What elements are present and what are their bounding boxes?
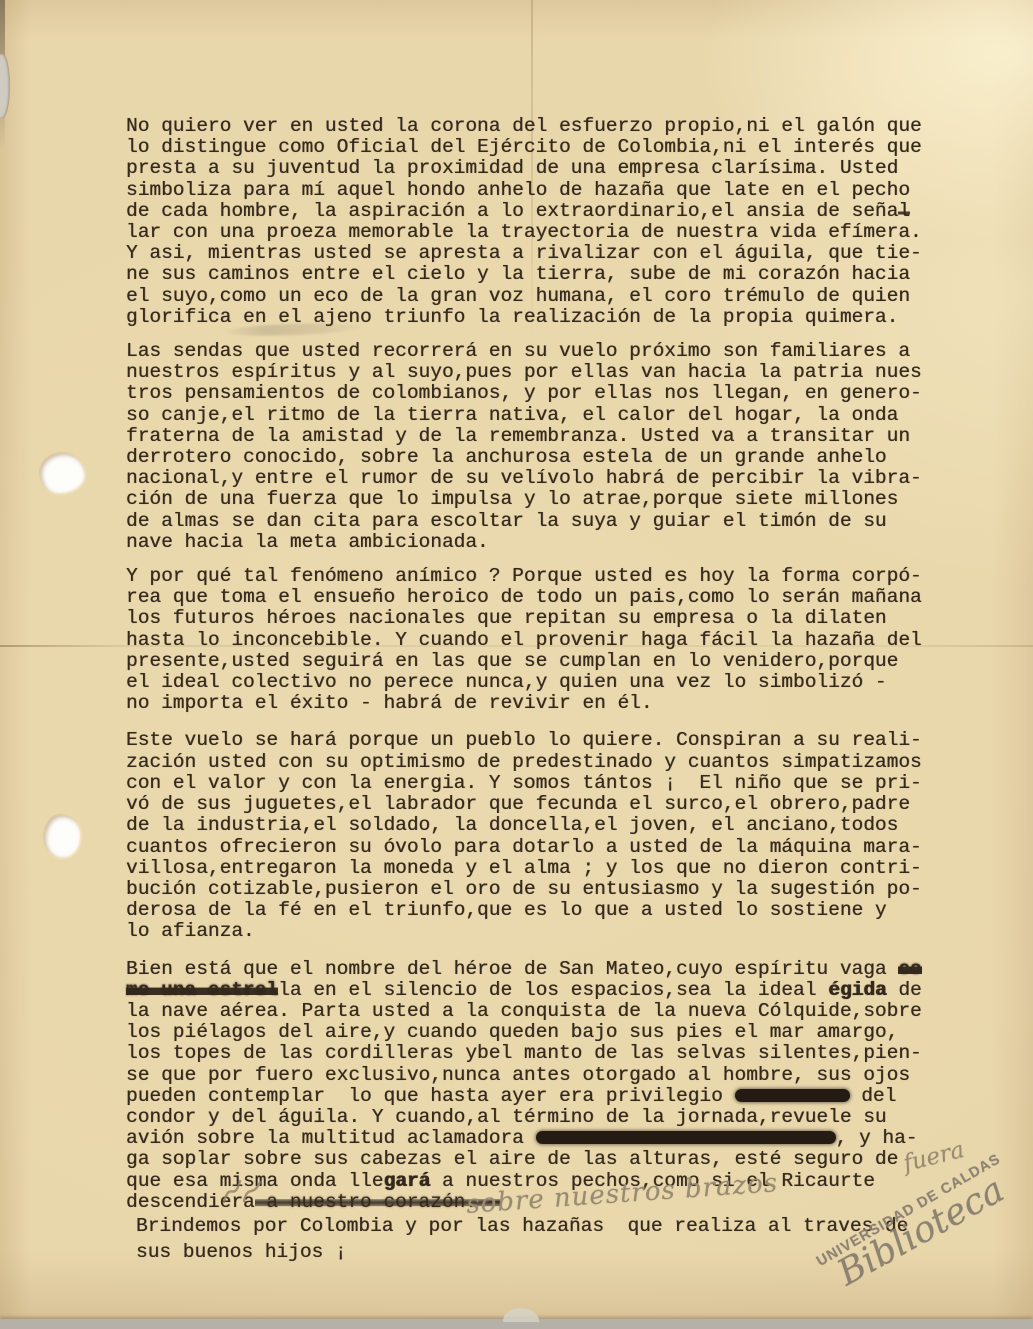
text-line: bución cotizable,pusieron el oro de su e… xyxy=(126,879,966,900)
text-segment: lo distingue como Oficial del Ejército d… xyxy=(126,136,922,158)
text-line: derrotero conocido, sobre la anchurosa e… xyxy=(126,447,966,468)
text-segment: el ideal colectivo no perece nunca,y qui… xyxy=(126,671,887,693)
paragraph: Bien está que el nombre del héroe de San… xyxy=(126,959,966,1213)
text-segment: Las sendas que usted recorrerá en su vue… xyxy=(126,340,910,362)
text-line: de cada hombre, la aspiración a lo extra… xyxy=(126,201,966,222)
text-segment: Este vuelo se hará porque un pueblo lo q… xyxy=(126,729,922,751)
text-segment: Y asi, mientras usted se apresta a rival… xyxy=(126,242,922,264)
text-segment: gará xyxy=(383,1170,430,1192)
text-segment: presta a su juventud la proximidad de un… xyxy=(126,157,898,179)
text-segment: ga soplar sobre sus cabezas el aire de l… xyxy=(126,1148,898,1170)
text-segment: lar con una proeza memorable la trayecto… xyxy=(126,221,922,243)
text-segment: rea que toma el ensueño heroico de todo … xyxy=(126,586,922,608)
text-line: los topes de las cordilleras ybel manto … xyxy=(126,1043,966,1064)
text-line: Y por qué tal fenómeno anímico ? Porque … xyxy=(126,566,966,587)
text-segment: , y ha- xyxy=(836,1127,918,1149)
text-line: los futuros héroes nacionales que repita… xyxy=(126,608,966,629)
text-line: Las sendas que usted recorrerá en su vue… xyxy=(126,341,966,362)
text-segment: de cada hombre, la aspiración a lo extra… xyxy=(126,200,898,222)
text-segment: glorifica en el ajeno triunfo la realiza… xyxy=(126,306,898,328)
text-line: nuestros espíritus y al suyo,pues por el… xyxy=(126,362,966,383)
text-line: so canje,el ritmo de la tierra nativa, e… xyxy=(126,405,966,426)
text-segment: nuestros espíritus y al suyo,pues por el… xyxy=(126,361,922,383)
text-segment: con el valor y con la energia. Y somos t… xyxy=(126,772,922,794)
redaction-bar xyxy=(735,1089,850,1102)
text-segment: Y por qué tal fenómeno anímico ? Porque … xyxy=(126,565,922,587)
text-segment: de almas se dan cita para escoltar la su… xyxy=(126,510,887,532)
text-segment: zación usted con su optimismo de predest… xyxy=(126,751,922,773)
text-segment: de la industria,el soldado, la doncella,… xyxy=(126,814,898,836)
text-line: el ideal colectivo no perece nunca,y qui… xyxy=(126,672,966,693)
text-segment: cuantos ofrecieron su óvolo para dotarlo… xyxy=(126,836,922,858)
text-segment: derosa de la fé en el triunfo,que es lo … xyxy=(126,899,887,921)
text-line: presente,usted seguirá en las que se cum… xyxy=(126,651,966,672)
text-segment: fraterna de la amistad y de la remembran… xyxy=(126,425,910,447)
text-line: simboliza para mí aquel hondo anhelo de … xyxy=(126,180,966,201)
text-line: Y asi, mientras usted se apresta a rival… xyxy=(126,243,966,264)
letter-page: No quiero ver en usted la corona del esf… xyxy=(0,0,1033,1329)
text-line: rea que toma el ensueño heroico de todo … xyxy=(126,587,966,608)
text-segment: nave hacia la meta ambicionada. xyxy=(126,531,489,553)
text-line: los piélagos del aire,y cuando queden ba… xyxy=(126,1022,966,1043)
text-segment: Bien está que el nombre del héroe de San… xyxy=(126,958,898,980)
text-line: nacional,y entre el rumor de su velívolo… xyxy=(126,468,966,489)
paragraph: Este vuelo se hará porque un pueblo lo q… xyxy=(126,730,966,942)
text-line: villosa,entregaron la moneda y el alma ;… xyxy=(126,858,966,879)
text-line: de almas se dan cita para escoltar la su… xyxy=(126,511,966,532)
punch-hole-bottom xyxy=(44,815,80,857)
text-segment: ción de una fuerza que lo impulsa y lo a… xyxy=(126,488,898,510)
text-segment: presente,usted seguirá en las que se cum… xyxy=(126,650,898,672)
text-segment: Brindemos por Colombia y por las hazañas… xyxy=(136,1215,908,1237)
text-segment: los topes de las cordilleras ybel manto … xyxy=(126,1042,922,1064)
text-segment: villosa,entregaron la moneda y el alma ;… xyxy=(126,857,922,879)
text-segment: avión sobre la multitud aclamadora xyxy=(126,1127,536,1149)
text-line: avión sobre la multitud aclamadora , y h… xyxy=(126,1128,966,1149)
redaction-bar xyxy=(536,1131,836,1144)
text-segment: la nave aérea. Parta usted a la conquist… xyxy=(126,1000,922,1022)
text-segment: de xyxy=(887,979,922,1001)
text-line: mo una estrella en el silencio de los es… xyxy=(126,980,966,1001)
text-line: fraterna de la amistad y de la remembran… xyxy=(126,426,966,447)
text-line: hasta lo inconcebible. Y cuando el prove… xyxy=(126,630,966,651)
text-line: glorifica en el ajeno triunfo la realiza… xyxy=(126,307,966,328)
text-line: ne sus caminos entre el cielo y la tierr… xyxy=(126,264,966,285)
text-line: se que por fuero exclusivo,nunca antes o… xyxy=(126,1065,966,1086)
text-segment: la en el silencio de los espacios,sea la… xyxy=(278,979,828,1001)
text-segment: a nuestro corazón. — xyxy=(255,1191,501,1213)
text-line: con el valor y con la energia. Y somos t… xyxy=(126,773,966,794)
text-segment: lo afianza. xyxy=(126,920,255,942)
pencil-scribble xyxy=(220,1176,264,1206)
text-segment: se que por fuero exclusivo,nunca antes o… xyxy=(126,1064,910,1086)
text-line: ga soplar sobre sus cabezas el aire de l… xyxy=(126,1149,966,1170)
text-segment: ne sus caminos entre el cielo y la tierr… xyxy=(126,263,910,285)
text-line: tros pensamientos de colombianos, y por … xyxy=(126,383,966,404)
text-line: Brindemos por Colombia y por las hazañas… xyxy=(126,1213,966,1239)
text-segment: hasta lo inconcebible. Y cuando el prove… xyxy=(126,629,922,651)
text-line: condor y del águila. Y cuando,al término… xyxy=(126,1107,966,1128)
text-line: No quiero ver en usted la corona del esf… xyxy=(126,116,966,137)
text-segment: condor y del águila. Y cuando,al término… xyxy=(126,1106,887,1128)
text-segment: mo una estrel xyxy=(126,979,278,1001)
text-segment: el suyo,como un eco de la gran voz human… xyxy=(126,285,910,307)
text-line: ción de una fuerza que lo impulsa y lo a… xyxy=(126,489,966,510)
text-line: la nave aérea. Parta usted a la conquist… xyxy=(126,1001,966,1022)
text-segment: los piélagos del aire,y cuando queden ba… xyxy=(126,1021,898,1043)
text-line: lar con una proeza memorable la trayecto… xyxy=(126,222,966,243)
text-segment: derrotero conocido, sobre la anchurosa e… xyxy=(126,446,887,468)
paragraph: Y por qué tal fenómeno anímico ? Porque … xyxy=(126,566,966,714)
text-segment: pueden contemplar lo que hasta ayer era … xyxy=(126,1085,735,1107)
text-line: pueden contemplar lo que hasta ayer era … xyxy=(126,1086,966,1107)
text-segment: bución cotizable,pusieron el oro de su e… xyxy=(126,878,922,900)
text-line: presta a su juventud la proximidad de un… xyxy=(126,158,966,179)
paragraph: Las sendas que usted recorrerá en su vue… xyxy=(126,341,966,553)
text-line: derosa de la fé en el triunfo,que es lo … xyxy=(126,900,966,921)
text-segment: égida xyxy=(828,979,887,1001)
text-segment: del xyxy=(850,1085,897,1107)
text-line: no importa el éxito - habrá de revivir e… xyxy=(126,693,966,714)
text-segment: no importa el éxito - habrá de revivir e… xyxy=(126,692,653,714)
text-line: lo distingue como Oficial del Ejército d… xyxy=(126,137,966,158)
text-segment: No quiero ver en usted la corona del esf… xyxy=(126,115,922,137)
text-line: nave hacia la meta ambicionada. xyxy=(126,532,966,553)
text-line: Este vuelo se hará porque un pueblo lo q… xyxy=(126,730,966,751)
text-line: el suyo,como un eco de la gran voz human… xyxy=(126,286,966,307)
text-line: lo afianza. xyxy=(126,921,966,942)
paragraph: No quiero ver en usted la corona del esf… xyxy=(126,116,966,328)
punch-hole-top xyxy=(40,453,84,493)
text-line: vó de sus juguetes,el labrador que fecun… xyxy=(126,794,966,815)
text-segment: l xyxy=(898,200,910,222)
typewritten-text: No quiero ver en usted la corona del esf… xyxy=(126,116,966,1265)
text-segment: simboliza para mí aquel hondo anhelo de … xyxy=(126,179,910,201)
text-segment: sus buenos hijos ¡ xyxy=(136,1241,347,1263)
text-line: cuantos ofrecieron su óvolo para dotarlo… xyxy=(126,837,966,858)
text-line: Bien está que el nombre del héroe de San… xyxy=(126,959,966,980)
paper-tear xyxy=(503,1308,539,1322)
text-segment: so canje,el ritmo de la tierra nativa, e… xyxy=(126,404,898,426)
text-line: zación usted con su optimismo de predest… xyxy=(126,752,966,773)
text-segment: los futuros héroes nacionales que repita… xyxy=(126,607,887,629)
text-segment: vó de sus juguetes,el labrador que fecun… xyxy=(126,793,910,815)
paper-edge-nick xyxy=(0,54,10,118)
text-segment: tros pensamientos de colombianos, y por … xyxy=(126,382,922,404)
text-segment: nacional,y entre el rumor de su velívolo… xyxy=(126,467,922,489)
text-segment: co xyxy=(898,958,921,980)
text-line: de la industria,el soldado, la doncella,… xyxy=(126,815,966,836)
